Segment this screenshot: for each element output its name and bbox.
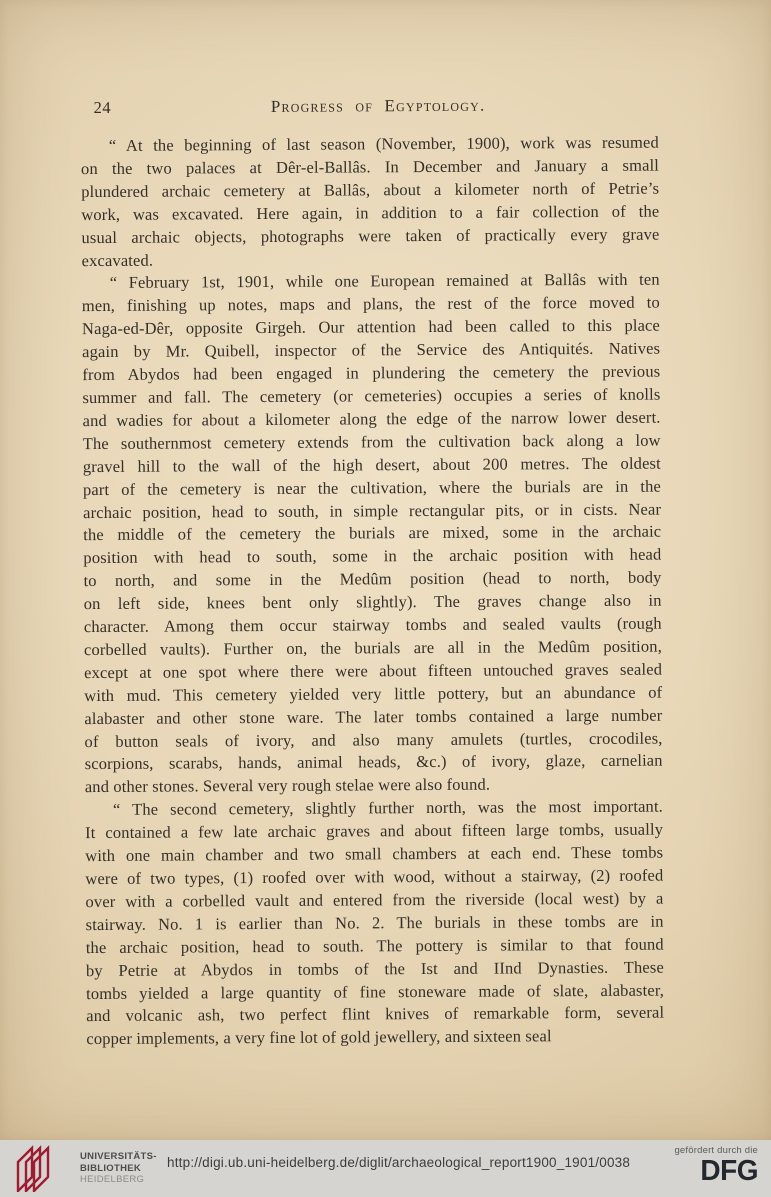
text-line: scorpions, scarabs, hands, animal heads,… <box>85 750 663 776</box>
text-line: and wadies for about a kilometer along t… <box>82 406 660 432</box>
paragraph: “ At the beginning of last season (Novem… <box>81 132 660 273</box>
text-line: on the two palaces at Dêr-el-Ballâs. In … <box>81 154 659 180</box>
text-line: stairway. No. 1 is earlier than No. 2. T… <box>86 910 664 936</box>
library-name-line2: BIBLIOTHEK <box>80 1163 157 1175</box>
text-line: were of two types, (1) roofed over with … <box>85 865 663 891</box>
text-line: “ At the beginning of last season (Novem… <box>81 132 659 158</box>
text-line: part of the cemetery is near the cultiva… <box>83 475 661 501</box>
paragraph: “ The second cemetery, slightly further … <box>85 796 665 1051</box>
dfg-logo: DFG <box>674 1157 758 1186</box>
text-line: by Petrie at Abydos in tombs of the Ist … <box>86 956 664 982</box>
text-line: alabaster and other stone ware. The late… <box>84 704 662 730</box>
text-line: with mud. This cemetery yielded very lit… <box>84 681 662 707</box>
digitization-footer-bar: UNIVERSITÄTS- BIBLIOTHEK HEIDELBERG http… <box>0 1140 771 1197</box>
text-line: corbelled vaults). Further on, the buria… <box>84 635 662 661</box>
running-header: Progress of Egyptology. <box>1 94 756 119</box>
library-name-line1: UNIVERSITÄTS- <box>80 1151 157 1163</box>
text-line: gravel hill to the wall of the high dese… <box>83 452 661 478</box>
text-line: The southernmost cemetery extends from t… <box>83 429 661 455</box>
ub-heidelberg-logo <box>13 1145 71 1192</box>
scan-source-url: http://digi.ub.uni-heidelberg.de/diglit/… <box>167 1155 630 1170</box>
text-line: except at one spot where there were abou… <box>84 658 662 684</box>
text-line: the archaic position, head to south. The… <box>86 933 664 959</box>
text-line: plundered archaic cemetery at Ballâs, ab… <box>81 177 659 203</box>
text-line: summer and fall. The cemetery (or cemete… <box>82 384 660 410</box>
page-text: “ At the beginning of last season (Novem… <box>81 132 665 1052</box>
text-line: usual archaic objects, photographs were … <box>81 223 659 249</box>
scanned-book-page: 24 Progress of Egyptology. “ At the begi… <box>0 0 771 1140</box>
funding-block: gefördert durch die DFG <box>674 1145 758 1185</box>
text-line: copper implements, a very fine lot of go… <box>86 1025 664 1051</box>
library-name-line3: HEIDELBERG <box>80 1174 157 1186</box>
text-line: work, was excavated. Here again, in addi… <box>81 200 659 226</box>
library-name: UNIVERSITÄTS- BIBLIOTHEK HEIDELBERG <box>80 1151 157 1186</box>
text-line: over with a corbelled vault and entered … <box>85 887 663 913</box>
page-scan-content: 24 Progress of Egyptology. “ At the begi… <box>0 0 771 1143</box>
library-brand: UNIVERSITÄTS- BIBLIOTHEK HEIDELBERG <box>13 1145 157 1192</box>
text-line: and volcanic ash, two perfect flint kniv… <box>86 1002 664 1028</box>
text-line: character. Among them occur stairway tom… <box>84 613 662 639</box>
paragraph: “ February 1st, 1901, while one European… <box>82 269 663 799</box>
